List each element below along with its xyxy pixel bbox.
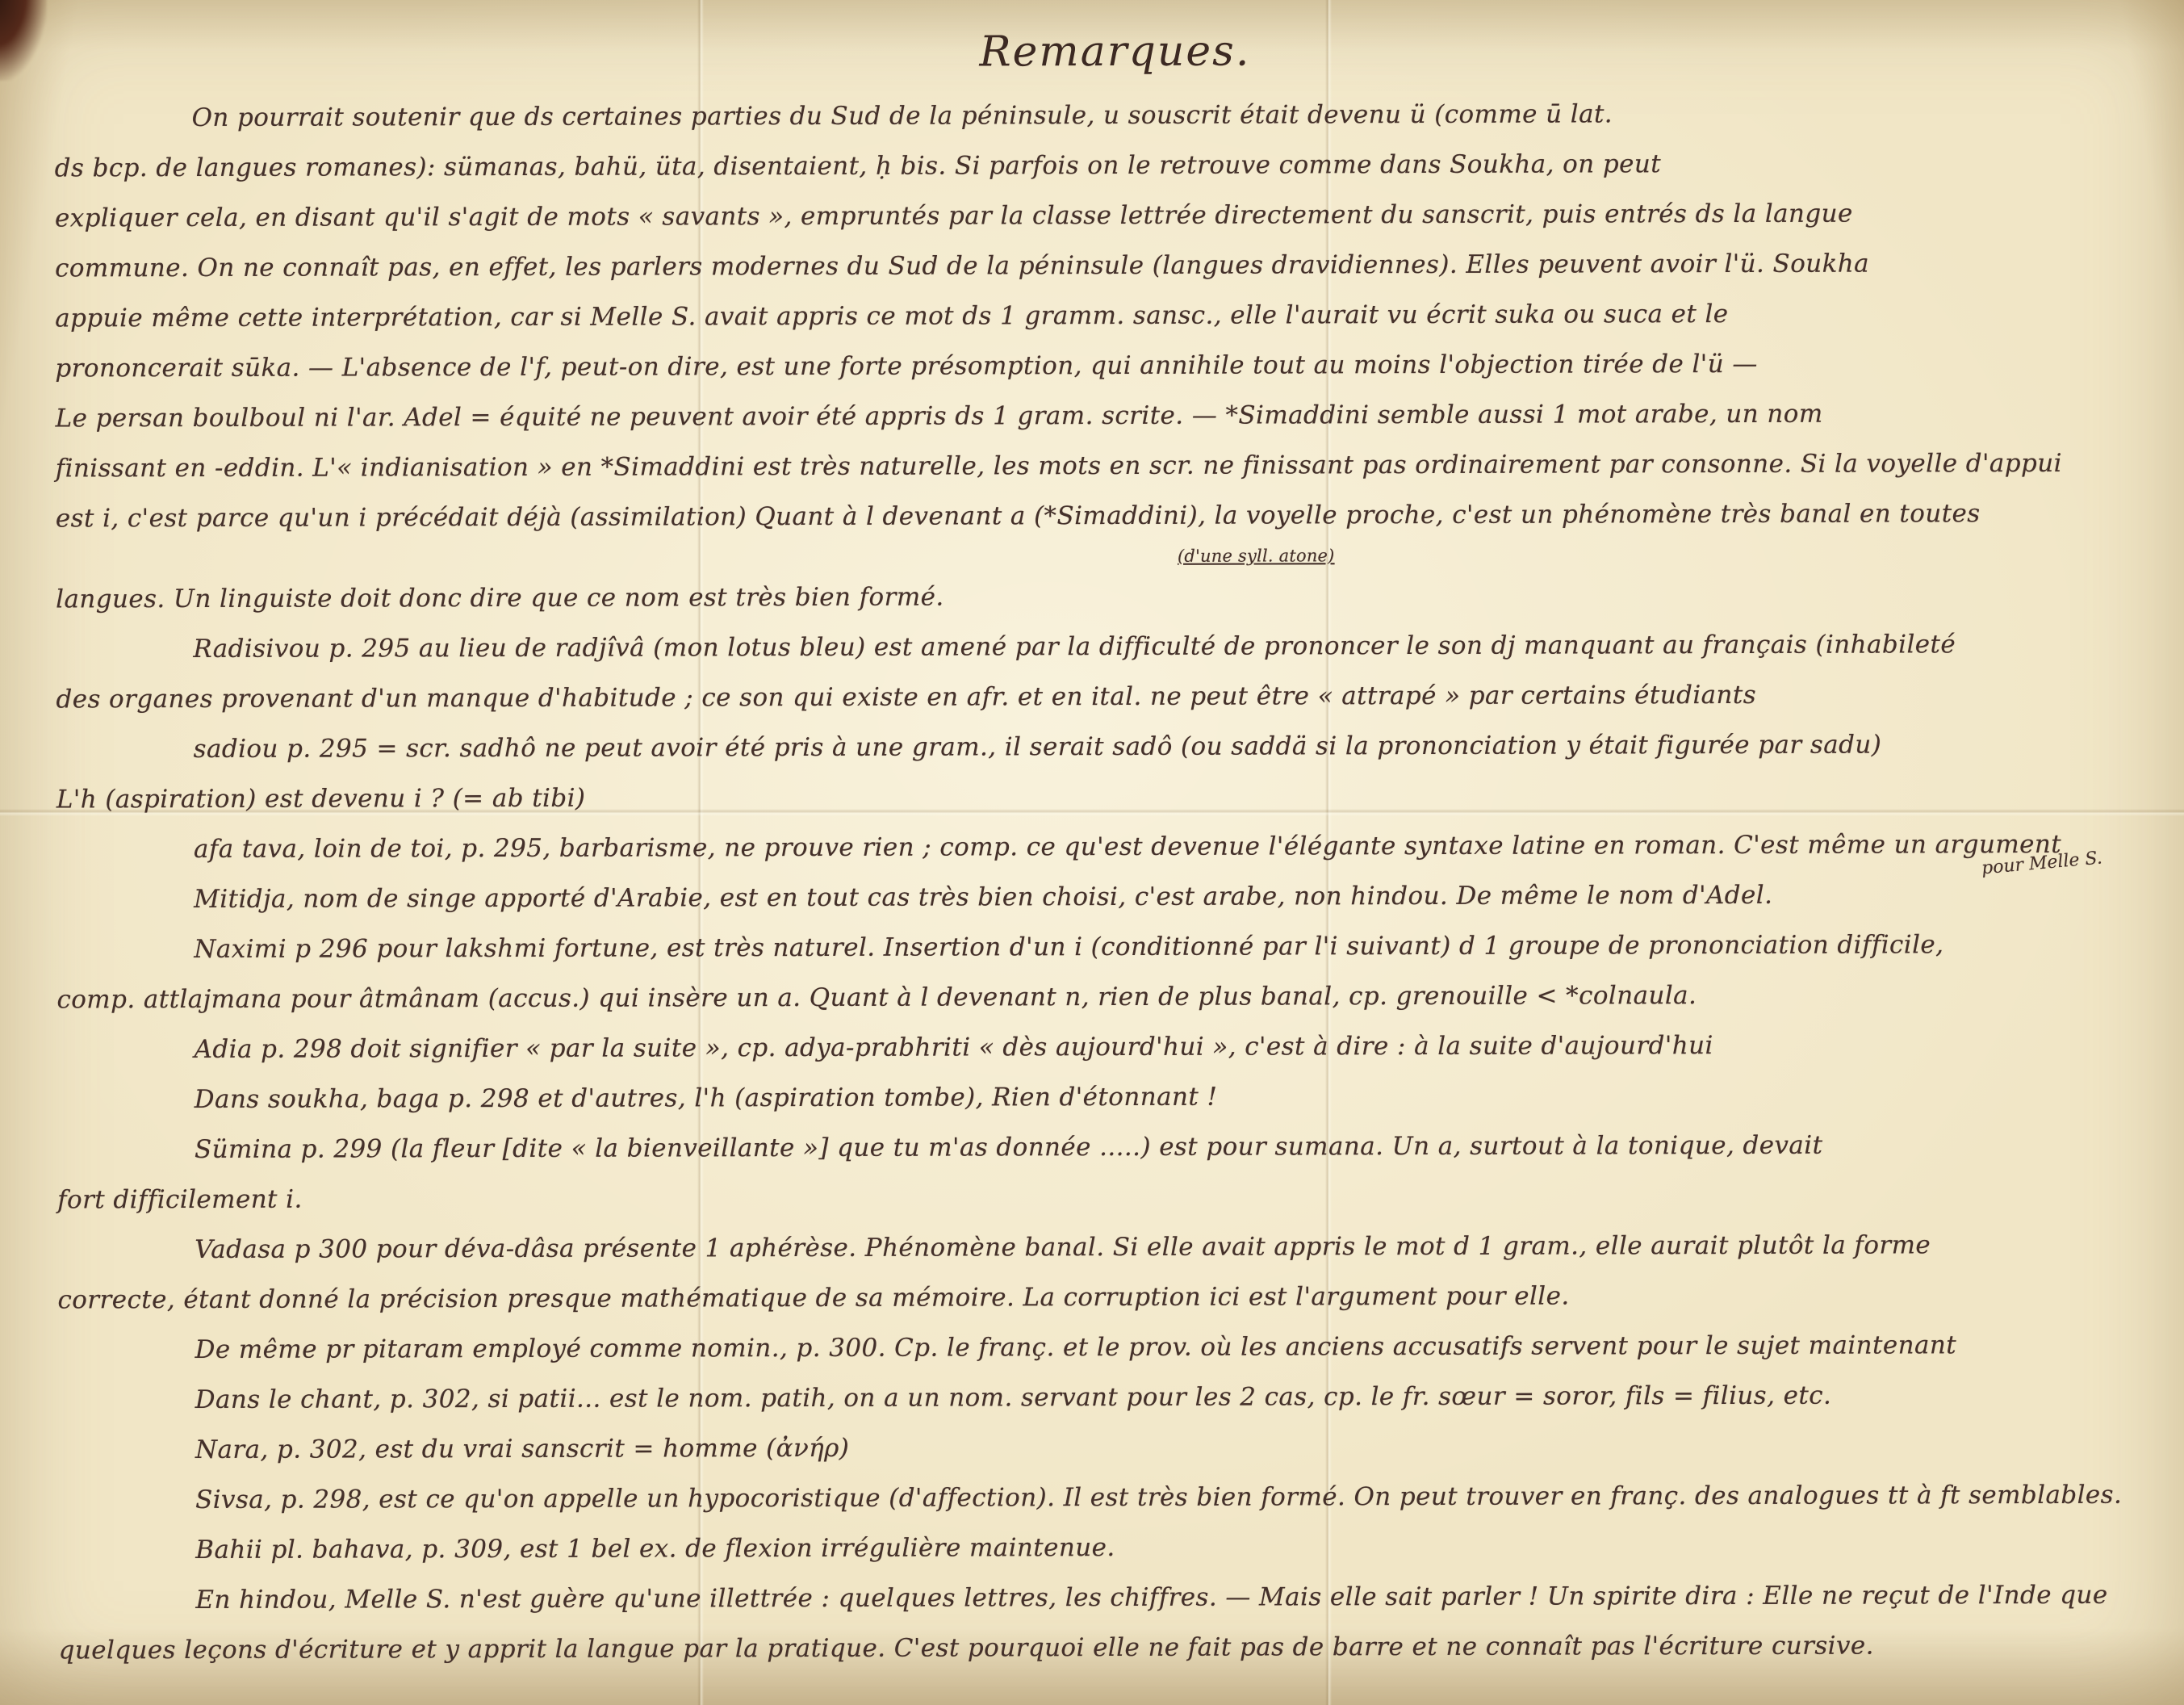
handwritten-line: Nara, p. 302, est du vrai sanscrit = hom… <box>58 1420 2179 1476</box>
handwritten-line: expliquer cela, en disant qu'il s'agit d… <box>55 188 2176 244</box>
handwritten-line: Adia p. 298 doit signifier « par la suit… <box>57 1020 2178 1075</box>
manuscript-content: Remarques. On pourrait soutenir que ds c… <box>54 10 2179 1705</box>
handwritten-line: Naximi p 296 pour lakshmi fortune, est t… <box>56 920 2178 975</box>
handwritten-line: Le persan boulboul ni l'ar. Adel = équit… <box>55 388 2176 444</box>
handwritten-line: ds bcp. de langues romanes): sümanas, ba… <box>55 138 2176 194</box>
handwritten-line: De même pr pitaram employé comme nomin.,… <box>58 1320 2179 1376</box>
handwritten-line: Dans soukha, baga p. 298 et d'autres, l'… <box>57 1070 2178 1125</box>
ink-smudge-top-left-corner <box>0 0 47 81</box>
manuscript-page: Remarques. On pourrait soutenir que ds c… <box>0 0 2184 1705</box>
handwritten-line: quelques leçons d'écriture et y apprit l… <box>58 1620 2179 1676</box>
handwritten-line: afa tava, loin de toi, p. 295, barbarism… <box>56 819 2178 875</box>
handwritten-line: Sivsa, p. 298, est ce qu'on appelle un h… <box>58 1470 2179 1526</box>
manuscript-lines: On pourrait soutenir que ds certaines pa… <box>55 88 2180 1676</box>
handwritten-line: sadiou p. 295 = scr. sadhô ne peut avoir… <box>56 719 2178 775</box>
handwritten-line: Vadasa p 300 pour déva-dâsa présente 1 a… <box>57 1220 2178 1276</box>
handwritten-line: des organes provenant d'un manque d'habi… <box>56 669 2177 725</box>
handwritten-line: est i, c'est parce qu'un i précédait déj… <box>56 488 2177 544</box>
handwritten-line: L'h (aspiration) est devenu i ? (= ab ti… <box>56 769 2178 825</box>
handwritten-line: appuie même cette interprétation, car si… <box>55 288 2176 344</box>
page-title: Remarques. <box>54 10 2175 94</box>
handwritten-line: langues. Un linguiste doit donc dire que… <box>56 569 2177 625</box>
handwritten-line: prononcerait sūka. — L'absence de l'f, p… <box>55 338 2176 394</box>
handwritten-line: correcte, étant donné la précision presq… <box>57 1270 2178 1326</box>
handwritten-line: finissant en -eddin. L'« indianisation »… <box>56 438 2177 494</box>
handwritten-line: On pourrait soutenir que ds certaines pa… <box>55 88 2176 144</box>
handwritten-line: fort difficilement i. <box>57 1170 2178 1225</box>
handwritten-line: Radisivou p. 295 au lieu de radjîvâ (mon… <box>56 619 2177 675</box>
handwritten-line: Bahii pl. bahava, p. 309, est 1 bel ex. … <box>58 1520 2179 1576</box>
handwritten-line: commune. On ne connaît pas, en effet, le… <box>55 238 2176 294</box>
handwritten-line: Dans le chant, p. 302, si patii... est l… <box>58 1370 2179 1426</box>
handwritten-line: Mitidja, nom de singe apporté d'Arabie, … <box>56 869 2178 925</box>
handwritten-line: comp. attlajmana pour âtmânam (accus.) q… <box>56 970 2178 1025</box>
handwritten-line: Sümina p. 299 (la fleur [dite « la bienv… <box>57 1120 2178 1175</box>
handwritten-line: En hindou, Melle S. n'est guère qu'une i… <box>58 1570 2179 1626</box>
